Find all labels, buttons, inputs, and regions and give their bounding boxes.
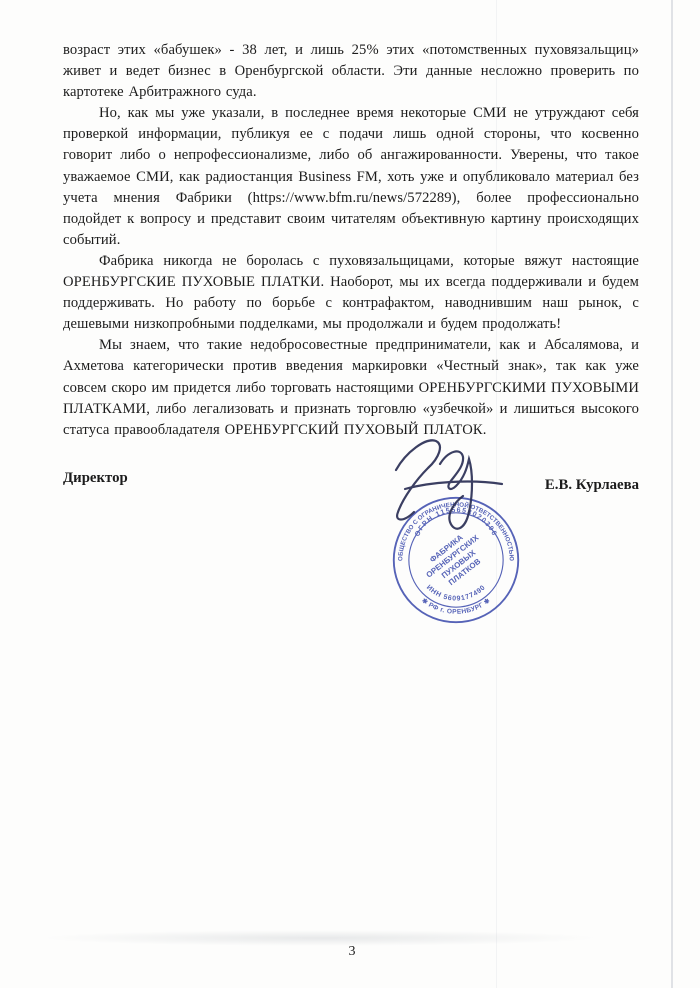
letter-body: возраст этих «бабушек» - 38 лет, и лишь …: [63, 40, 639, 441]
paragraph-honest-sign: Мы знаем, что такие недобросовестные пре…: [63, 335, 639, 440]
signatory-title: Директор: [63, 470, 128, 487]
page-number: 3: [0, 944, 700, 960]
scan-artifact-line: [671, 0, 673, 988]
paragraph-continuation: возраст этих «бабушек» - 38 лет, и лишь …: [63, 40, 639, 103]
paragraph-media: Но, как мы уже указали, в последнее врем…: [63, 103, 639, 251]
signatory-name: Е.В. Курлаева: [545, 477, 639, 494]
document-page: возраст этих «бабушек» - 38 лет, и лишь …: [0, 0, 700, 988]
paragraph-factory-position: Фабрика никогда не боролась с пуховязаль…: [63, 251, 639, 335]
signature-block: Директор Е.В. Курлаева: [63, 470, 639, 494]
handwritten-signature: [378, 424, 518, 542]
stamp-inn-text: ИНН 5609177490: [425, 584, 487, 603]
